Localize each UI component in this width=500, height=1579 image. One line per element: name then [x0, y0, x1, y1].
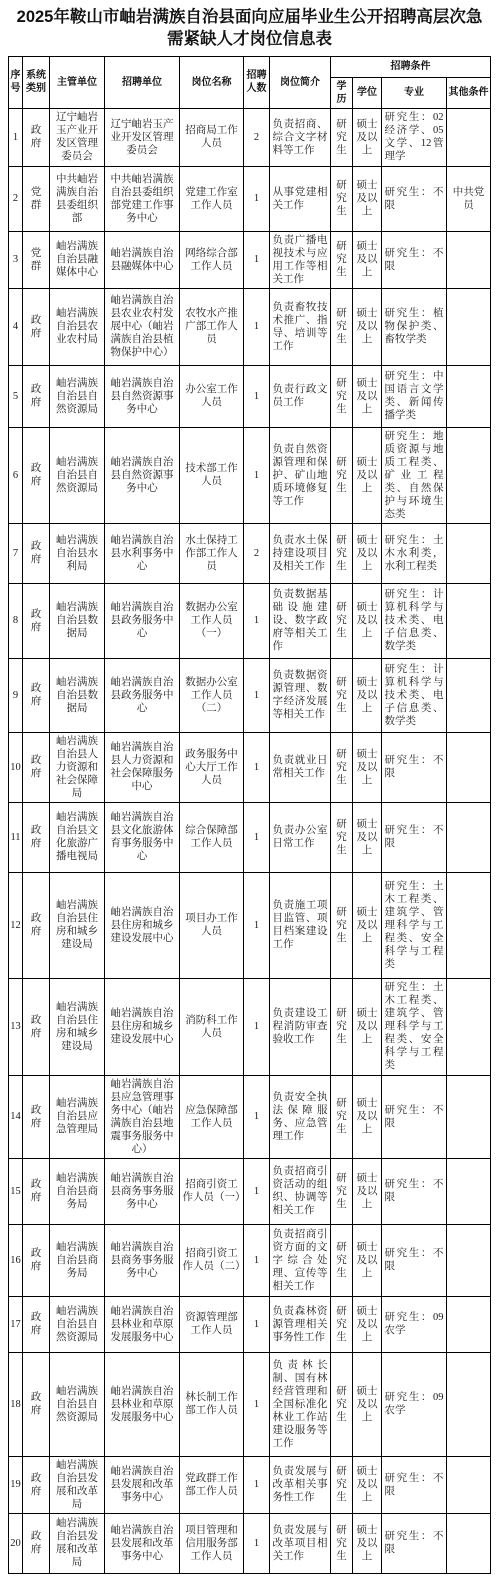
- cell-other: [447, 658, 491, 732]
- cell-degree: 硕士及以上: [353, 1352, 382, 1456]
- cell-description: 负责数据资源管理、数字经济发展等相关工作: [270, 658, 331, 732]
- cell-no: 7: [9, 523, 23, 583]
- cell-position: 消防科工作人员: [180, 978, 244, 1075]
- cell-major: 研究生：土木工程类、建筑学、管理科学与工程类、安全科学与工程类: [382, 872, 447, 978]
- cell-education: 研究生: [331, 1224, 353, 1296]
- cell-other: [447, 1352, 491, 1456]
- cell-position: 招商引资工作人员（二）: [180, 1224, 244, 1296]
- cell-education: 研究生: [331, 231, 353, 288]
- cell-major: 研究生：不限: [382, 1224, 447, 1296]
- cell-employer: 岫岩满族自治县政务服务中心: [105, 658, 180, 732]
- table-row: 7政府岫岩满族自治县水利局岫岩满族自治县水利事务中心水土保持工作部工作人员2负责…: [9, 523, 491, 583]
- cell-category: 政府: [23, 365, 50, 427]
- cell-degree: 硕士及以上: [353, 108, 382, 166]
- table-row: 1政府辽宁岫岩玉产业开发区管理委员会辽宁岫岩玉产业开发区管理委员会招商局工作人员…: [9, 108, 491, 166]
- table-row: 20政府岫岩满族自治县发展和改革局岫岩满族自治县发展和改革事务中心项目管理和信用…: [9, 1513, 491, 1573]
- cell-count: 1: [244, 1352, 270, 1456]
- header-degree: 学位: [353, 77, 382, 108]
- cell-no: 5: [9, 365, 23, 427]
- cell-no: 9: [9, 658, 23, 732]
- cell-education: 研究生: [331, 1456, 353, 1513]
- cell-count: 1: [244, 732, 270, 802]
- cell-other: [447, 978, 491, 1075]
- cell-employer: 岫岩满族自治县林业和草原发展服务中心: [105, 1296, 180, 1352]
- page-title: 2025年鞍山市岫岩满族自治县面向应届毕业生公开招聘高层次急需紧缺人才岗位信息表: [8, 7, 491, 51]
- cell-category: 政府: [23, 872, 50, 978]
- cell-supervisor: 岫岩满族自治县人力资源和社会保障局: [50, 732, 105, 802]
- header-other: 其他条件: [447, 77, 491, 108]
- cell-description: 负责数据基础设施建设、数字政府等相关工作: [270, 583, 331, 658]
- cell-description: 负责招商引资方面的文字综合处理、宣传等相关工作: [270, 1224, 331, 1296]
- cell-education: 研究生: [331, 1158, 353, 1224]
- cell-major: 研究生：计算机科学与技术类、电子信息类、数学类: [382, 658, 447, 732]
- cell-category: 政府: [23, 1075, 50, 1158]
- cell-education: 研究生: [331, 802, 353, 872]
- cell-major: 研究生：不限: [382, 1075, 447, 1158]
- cell-other: [447, 1513, 491, 1573]
- cell-category: 政府: [23, 1352, 50, 1456]
- cell-education: 研究生: [331, 1296, 353, 1352]
- cell-major: 研究生：09农学: [382, 1296, 447, 1352]
- cell-category: 党群: [23, 231, 50, 288]
- cell-no: 1: [9, 108, 23, 166]
- table-row: 17政府岫岩满族自治县自然资源局岫岩满族自治县林业和草原发展服务中心资源管理部工…: [9, 1296, 491, 1352]
- cell-other: [447, 1456, 491, 1513]
- cell-major: 研究生：不限: [382, 732, 447, 802]
- table-row: 13政府岫岩满族自治县住房和城乡建设局岫岩满族自治县住房和城乡建设发展中心消防科…: [9, 978, 491, 1075]
- cell-description: 负责森林资源管理相关事务性工作: [270, 1296, 331, 1352]
- table-row: 3党群岫岩满族自治县融媒体中心岫岩满族自治县融媒体中心网络综合部工作人员1负责广…: [9, 231, 491, 288]
- cell-count: 2: [244, 108, 270, 166]
- cell-category: 政府: [23, 658, 50, 732]
- cell-category: 政府: [23, 1296, 50, 1352]
- cell-count: 1: [244, 658, 270, 732]
- cell-no: 17: [9, 1296, 23, 1352]
- cell-no: 19: [9, 1456, 23, 1513]
- cell-major: 研究生：09农学: [382, 1352, 447, 1456]
- cell-category: 政府: [23, 108, 50, 166]
- header-category: 系统类别: [23, 56, 50, 108]
- cell-category: 政府: [23, 1158, 50, 1224]
- cell-no: 3: [9, 231, 23, 288]
- cell-supervisor: 岫岩满族自治县农业农村局: [50, 288, 105, 365]
- cell-other: [447, 1224, 491, 1296]
- cell-degree: 硕士及以上: [353, 1224, 382, 1296]
- cell-supervisor: 岫岩满族自治县融媒体中心: [50, 231, 105, 288]
- cell-count: 1: [244, 166, 270, 231]
- cell-supervisor: 岫岩满族自治县自然资源局: [50, 1352, 105, 1456]
- cell-count: 1: [244, 978, 270, 1075]
- cell-education: 研究生: [331, 523, 353, 583]
- header-major: 专业: [382, 77, 447, 108]
- cell-degree: 硕士及以上: [353, 365, 382, 427]
- cell-major: 研究生：不限: [382, 802, 447, 872]
- cell-description: 负责办公室日常工作: [270, 802, 331, 872]
- cell-major: 研究生：02经济学、05文学、12管理学: [382, 108, 447, 166]
- table-row: 10政府岫岩满族自治县人力资源和社会保障局岫岩满族自治县人力资源和社会保障服务中…: [9, 732, 491, 802]
- cell-major: 研究生：计算机科学与技术类、电子信息类、数学类: [382, 583, 447, 658]
- header-supervisor: 主管单位: [50, 56, 105, 108]
- cell-no: 13: [9, 978, 23, 1075]
- cell-supervisor: 辽宁岫岩玉产业开发区管理委员会: [50, 108, 105, 166]
- cell-supervisor: 岫岩满族自治县自然资源局: [50, 365, 105, 427]
- job-info-table: 序号 系统类别 主管单位 招聘单位 岗位名称 招聘人数 岗位简介 招聘条件 学历…: [8, 56, 491, 1574]
- cell-no: 12: [9, 872, 23, 978]
- cell-supervisor: 岫岩满族自治县商务局: [50, 1158, 105, 1224]
- table-row: 14政府岫岩满族自治县应急管理局岫岩满族自治县应急管理事务中心（岫岩满族自治县地…: [9, 1075, 491, 1158]
- cell-description: 负责招商、综合文字材料等工作: [270, 108, 331, 166]
- cell-major: 研究生：不限: [382, 231, 447, 288]
- cell-position: 招商局工作人员: [180, 108, 244, 166]
- cell-supervisor: 岫岩满族自治县发展和改革局: [50, 1513, 105, 1573]
- cell-employer: 岫岩满族自治县商务事务服务中心: [105, 1158, 180, 1224]
- cell-count: 2: [244, 523, 270, 583]
- cell-employer: 中共岫岩满族自治县委组织部党建工作事务中心: [105, 166, 180, 231]
- cell-employer: 岫岩满族自治县人力资源和社会保障服务中心: [105, 732, 180, 802]
- header-conditions: 招聘条件: [331, 56, 491, 77]
- cell-category: 政府: [23, 732, 50, 802]
- cell-employer: 岫岩满族自治县政务服务中心: [105, 583, 180, 658]
- cell-position: 水土保持工作部工作人员: [180, 523, 244, 583]
- cell-description: 负责发展与改革相关事务性工作: [270, 1456, 331, 1513]
- cell-category: 政府: [23, 802, 50, 872]
- cell-major: 研究生：中国语言文学类、新闻传播学类: [382, 365, 447, 427]
- cell-category: 党群: [23, 166, 50, 231]
- cell-degree: 硕士及以上: [353, 732, 382, 802]
- cell-degree: 硕士及以上: [353, 288, 382, 365]
- cell-position: 招商引资工作人员（一）: [180, 1158, 244, 1224]
- cell-education: 研究生: [331, 166, 353, 231]
- cell-description: 负责林长制、国有林经营管理和全国标准化林业工作站建设服务等工作: [270, 1352, 331, 1456]
- cell-description: 从事党建相关工作: [270, 166, 331, 231]
- cell-education: 研究生: [331, 365, 353, 427]
- cell-major: 研究生：土木工程类、建筑学、管理科学与工程类、安全科学与工程类: [382, 978, 447, 1075]
- cell-position: 项目办工作人员: [180, 872, 244, 978]
- table-row: 9政府岫岩满族自治县数据局岫岩满族自治县政务服务中心数据办公室工作人员（二）1负…: [9, 658, 491, 732]
- table-row: 2党群中共岫岩满族自治县委组织部中共岫岩满族自治县委组织部党建工作事务中心党建工…: [9, 166, 491, 231]
- cell-other: [447, 1075, 491, 1158]
- cell-employer: 岫岩满族自治县住房和城乡建设发展中心: [105, 978, 180, 1075]
- cell-employer: 岫岩满族自治县商务事务服务中心: [105, 1224, 180, 1296]
- cell-degree: 硕士及以上: [353, 427, 382, 523]
- table-row: 5政府岫岩满族自治县自然资源局岫岩满族自治县自然资源事务中心办公室工作人员1负责…: [9, 365, 491, 427]
- cell-description: 负责安全执法保障服务、应急管理工作: [270, 1075, 331, 1158]
- cell-description: 负责发展与改革项目相关工作: [270, 1513, 331, 1573]
- cell-education: 研究生: [331, 872, 353, 978]
- table-row: 8政府岫岩满族自治县数据局岫岩满族自治县政务服务中心数据办公室工作人员（一）1负…: [9, 583, 491, 658]
- cell-supervisor: 中共岫岩满族自治县委组织部: [50, 166, 105, 231]
- cell-employer: 岫岩满族自治县发展和改革事务中心: [105, 1513, 180, 1573]
- cell-supervisor: 岫岩满族自治县文化旅游广播电视局: [50, 802, 105, 872]
- cell-no: 10: [9, 732, 23, 802]
- cell-employer: 岫岩满族自治县水利事务中心: [105, 523, 180, 583]
- cell-other: [447, 231, 491, 288]
- cell-position: 政务服务中心大厅工作人员: [180, 732, 244, 802]
- cell-no: 15: [9, 1158, 23, 1224]
- table-row: 15政府岫岩满族自治县商务局岫岩满族自治县商务事务服务中心招商引资工作人员（一）…: [9, 1158, 491, 1224]
- cell-count: 1: [244, 583, 270, 658]
- header-employer: 招聘单位: [105, 56, 180, 108]
- cell-description: 负责招商引资活动的组织、协调等相关工作: [270, 1158, 331, 1224]
- cell-major: 研究生：不限: [382, 1456, 447, 1513]
- cell-major: 研究生：不限: [382, 1513, 447, 1573]
- cell-position: 林长制工作部工作人员: [180, 1352, 244, 1456]
- cell-education: 研究生: [331, 658, 353, 732]
- cell-education: 研究生: [331, 1513, 353, 1573]
- table-row: 4政府岫岩满族自治县农业农村局岫岩满族自治县农业农村发展中心（岫岩满族自治县植物…: [9, 288, 491, 365]
- cell-no: 16: [9, 1224, 23, 1296]
- cell-supervisor: 岫岩满族自治县数据局: [50, 658, 105, 732]
- cell-count: 1: [244, 288, 270, 365]
- cell-other: [447, 108, 491, 166]
- cell-category: 政府: [23, 523, 50, 583]
- header-count: 招聘人数: [244, 56, 270, 108]
- cell-position: 技术部工作人员: [180, 427, 244, 523]
- cell-employer: 岫岩满族自治县自然资源事务中心: [105, 365, 180, 427]
- cell-count: 1: [244, 1296, 270, 1352]
- cell-count: 1: [244, 1456, 270, 1513]
- cell-position: 资源管理部工作人员: [180, 1296, 244, 1352]
- cell-category: 政府: [23, 1513, 50, 1573]
- cell-position: 数据办公室工作人员（二）: [180, 658, 244, 732]
- cell-position: 办公室工作人员: [180, 365, 244, 427]
- cell-count: 1: [244, 1075, 270, 1158]
- cell-description: 负责广播电视技术与应用工作等相关工作: [270, 231, 331, 288]
- cell-other: [447, 1158, 491, 1224]
- cell-major: 研究生：不限: [382, 1158, 447, 1224]
- cell-degree: 硕士及以上: [353, 523, 382, 583]
- cell-major: 研究生：植物保护类、畜牧学类: [382, 288, 447, 365]
- cell-no: 2: [9, 166, 23, 231]
- cell-count: 1: [244, 427, 270, 523]
- cell-other: [447, 802, 491, 872]
- cell-count: 1: [244, 1158, 270, 1224]
- cell-description: 负责畜牧技术推广、指导、培训等工作: [270, 288, 331, 365]
- cell-description: 负责施工项目监管、项目档案建设工作: [270, 872, 331, 978]
- cell-degree: 硕士及以上: [353, 231, 382, 288]
- table-body: 1政府辽宁岫岩玉产业开发区管理委员会辽宁岫岩玉产业开发区管理委员会招商局工作人员…: [9, 108, 491, 1573]
- cell-position: 数据办公室工作人员（一）: [180, 583, 244, 658]
- cell-count: 1: [244, 872, 270, 978]
- cell-no: 4: [9, 288, 23, 365]
- cell-major: 研究生：地质资源与地质工程类、矿业工程类、自然保护与环境生态类: [382, 427, 447, 523]
- cell-count: 1: [244, 1224, 270, 1296]
- cell-employer: 岫岩满族自治县住房和城乡建设发展中心: [105, 872, 180, 978]
- cell-category: 政府: [23, 583, 50, 658]
- cell-count: 1: [244, 802, 270, 872]
- cell-employer: 岫岩满族自治县文化旅游体育事务服务中心: [105, 802, 180, 872]
- cell-other: [447, 523, 491, 583]
- cell-category: 政府: [23, 978, 50, 1075]
- table-row: 19政府岫岩满族自治县发展和改革局岫岩满族自治县发展和改革事务中心党政群工作部工…: [9, 1456, 491, 1513]
- cell-description: 负责建设工程消防审查验收工作: [270, 978, 331, 1075]
- table-row: 16政府岫岩满族自治县商务局岫岩满族自治县商务事务服务中心招商引资工作人员（二）…: [9, 1224, 491, 1296]
- cell-employer: 岫岩满族自治县自然资源事务中心: [105, 427, 180, 523]
- cell-education: 研究生: [331, 108, 353, 166]
- cell-degree: 硕士及以上: [353, 1158, 382, 1224]
- cell-no: 6: [9, 427, 23, 523]
- cell-employer: 岫岩满族自治县林业和草原发展服务中心: [105, 1352, 180, 1456]
- cell-employer: 辽宁岫岩玉产业开发区管理委员会: [105, 108, 180, 166]
- cell-no: 8: [9, 583, 23, 658]
- cell-count: 1: [244, 231, 270, 288]
- cell-description: 负责就业日常相关工作: [270, 732, 331, 802]
- cell-degree: 硕士及以上: [353, 1075, 382, 1158]
- header-description: 岗位简介: [270, 56, 331, 108]
- cell-supervisor: 岫岩满族自治县商务局: [50, 1224, 105, 1296]
- cell-other: 中共党员: [447, 166, 491, 231]
- cell-description: 负责行政文员工作: [270, 365, 331, 427]
- cell-degree: 硕士及以上: [353, 872, 382, 978]
- cell-other: [447, 872, 491, 978]
- cell-supervisor: 岫岩满族自治县自然资源局: [50, 427, 105, 523]
- cell-position: 应急保障部工作人员: [180, 1075, 244, 1158]
- cell-education: 研究生: [331, 1352, 353, 1456]
- cell-education: 研究生: [331, 732, 353, 802]
- cell-supervisor: 岫岩满族自治县住房和城乡建设局: [50, 872, 105, 978]
- header-education: 学历: [331, 77, 353, 108]
- cell-position: 党建工作室工作人员: [180, 166, 244, 231]
- cell-supervisor: 岫岩满族自治县数据局: [50, 583, 105, 658]
- cell-degree: 硕士及以上: [353, 583, 382, 658]
- cell-degree: 硕士及以上: [353, 1513, 382, 1573]
- cell-other: [447, 365, 491, 427]
- cell-employer: 岫岩满族自治县应急管理事务中心（岫岩满族自治县地震事务服务中心）: [105, 1075, 180, 1158]
- cell-no: 18: [9, 1352, 23, 1456]
- cell-no: 20: [9, 1513, 23, 1573]
- header-position: 岗位名称: [180, 56, 244, 108]
- cell-education: 研究生: [331, 978, 353, 1075]
- cell-employer: 岫岩满族自治县农业农村发展中心（岫岩满族自治县植物保护中心）: [105, 288, 180, 365]
- cell-description: 负责水土保持建设项目及相关工作: [270, 523, 331, 583]
- header-row-top: 序号 系统类别 主管单位 招聘单位 岗位名称 招聘人数 岗位简介 招聘条件: [9, 56, 491, 77]
- cell-employer: 岫岩满族自治县发展和改革事务中心: [105, 1456, 180, 1513]
- cell-education: 研究生: [331, 583, 353, 658]
- cell-no: 11: [9, 802, 23, 872]
- cell-major: 研究生：土木水利类，水利工程类: [382, 523, 447, 583]
- cell-employer: 岫岩满族自治县融媒体中心: [105, 231, 180, 288]
- cell-position: 综合保障部工作人员: [180, 802, 244, 872]
- cell-education: 研究生: [331, 1075, 353, 1158]
- table-row: 6政府岫岩满族自治县自然资源局岫岩满族自治县自然资源事务中心技术部工作人员1负责…: [9, 427, 491, 523]
- document-page: 2025年鞍山市岫岩满族自治县面向应届毕业生公开招聘高层次急需紧缺人才岗位信息表…: [0, 0, 500, 1579]
- table-row: 12政府岫岩满族自治县住房和城乡建设局岫岩满族自治县住房和城乡建设发展中心项目办…: [9, 872, 491, 978]
- cell-position: 项目管理和信用服务部工作人员: [180, 1513, 244, 1573]
- cell-position: 农牧水产推广部工作人员: [180, 288, 244, 365]
- cell-supervisor: 岫岩满族自治县水利局: [50, 523, 105, 583]
- cell-other: [447, 1296, 491, 1352]
- cell-supervisor: 岫岩满族自治县自然资源局: [50, 1296, 105, 1352]
- cell-supervisor: 岫岩满族自治县应急管理局: [50, 1075, 105, 1158]
- cell-supervisor: 岫岩满族自治县住房和城乡建设局: [50, 978, 105, 1075]
- table-row: 11政府岫岩满族自治县文化旅游广播电视局岫岩满族自治县文化旅游体育事务服务中心综…: [9, 802, 491, 872]
- cell-other: [447, 583, 491, 658]
- cell-description: 负责自然资源管理和保护、矿山地质环境修复等工作: [270, 427, 331, 523]
- table-header: 序号 系统类别 主管单位 招聘单位 岗位名称 招聘人数 岗位简介 招聘条件 学历…: [9, 56, 491, 108]
- cell-no: 14: [9, 1075, 23, 1158]
- cell-count: 1: [244, 365, 270, 427]
- cell-other: [447, 288, 491, 365]
- header-no: 序号: [9, 56, 23, 108]
- cell-degree: 硕士及以上: [353, 1296, 382, 1352]
- cell-position: 党政群工作部工作人员: [180, 1456, 244, 1513]
- cell-degree: 硕士及以上: [353, 978, 382, 1075]
- cell-degree: 硕士及以上: [353, 802, 382, 872]
- cell-degree: 硕士及以上: [353, 658, 382, 732]
- cell-other: [447, 732, 491, 802]
- table-row: 18政府岫岩满族自治县自然资源局岫岩满族自治县林业和草原发展服务中心林长制工作部…: [9, 1352, 491, 1456]
- cell-category: 政府: [23, 1456, 50, 1513]
- cell-degree: 硕士及以上: [353, 166, 382, 231]
- cell-count: 1: [244, 1513, 270, 1573]
- cell-education: 研究生: [331, 288, 353, 365]
- cell-degree: 硕士及以上: [353, 1456, 382, 1513]
- cell-education: 研究生: [331, 427, 353, 523]
- cell-other: [447, 427, 491, 523]
- cell-category: 政府: [23, 427, 50, 523]
- cell-major: 研究生：不限: [382, 166, 447, 231]
- cell-category: 政府: [23, 288, 50, 365]
- cell-position: 网络综合部工作人员: [180, 231, 244, 288]
- cell-category: 政府: [23, 1224, 50, 1296]
- cell-supervisor: 岫岩满族自治县发展和改革局: [50, 1456, 105, 1513]
